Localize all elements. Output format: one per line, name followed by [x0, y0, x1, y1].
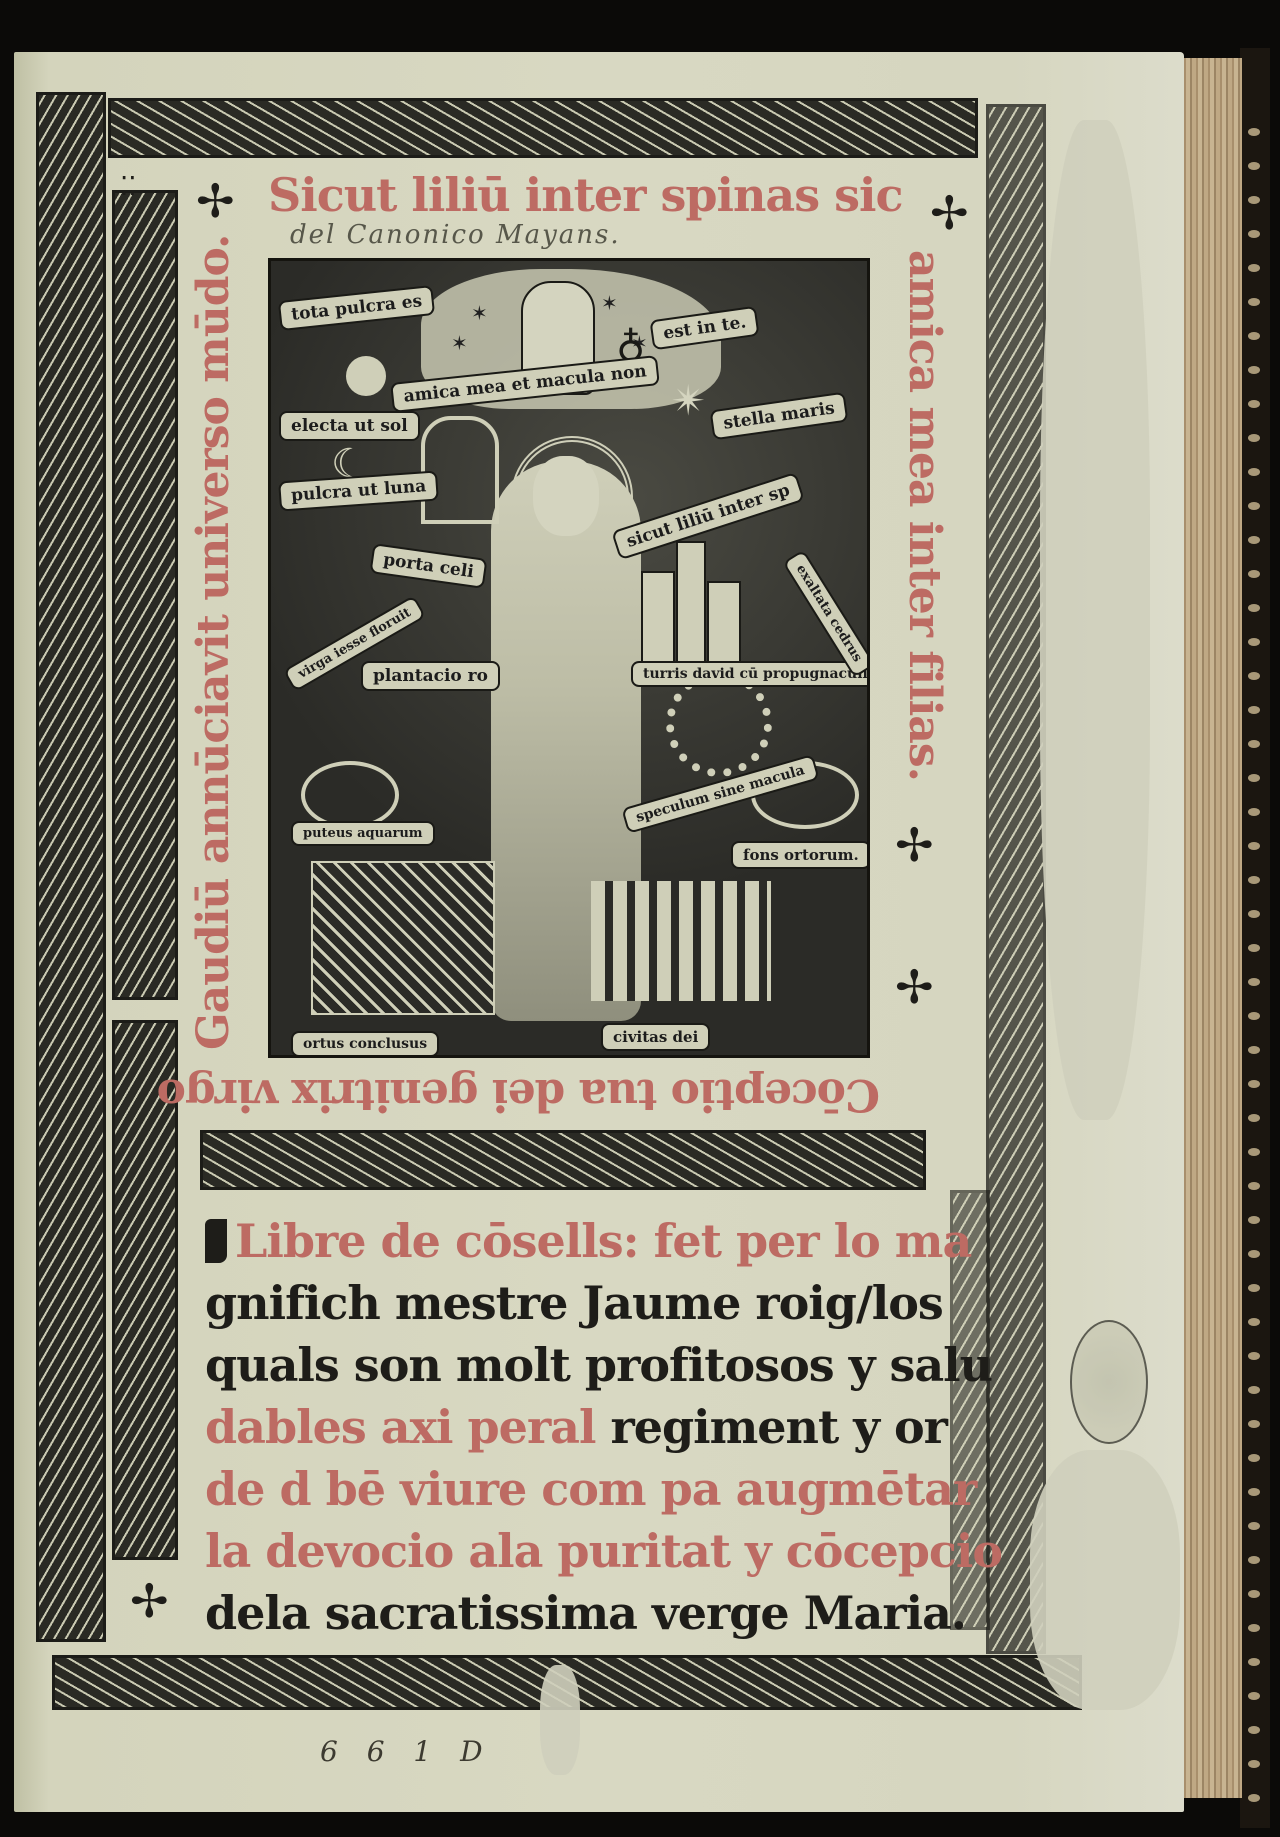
- binding-ornament-icon: [1248, 1658, 1260, 1666]
- banner: turris david cū propugnaculis: [631, 661, 870, 687]
- paper-damage: [540, 1665, 580, 1775]
- top-ornamental-border: [108, 98, 978, 158]
- pilcrow-initial-icon: [205, 1219, 227, 1263]
- banner: sicut liliū inter sp: [611, 472, 805, 561]
- binding-ornament-icon: [1248, 1726, 1260, 1734]
- binding-ornament-icon: [1248, 1624, 1260, 1632]
- binding-ornament-icon: [1248, 910, 1260, 918]
- woodcut-illustration: ✶ ✶ ✶ ✶ ♁ ✴ ☾ tota pulcra es amica mea e…: [268, 258, 870, 1058]
- binding-ornament-icon: [1248, 978, 1260, 986]
- binding-ornament-icon: [1248, 366, 1260, 374]
- binding-ornament-icon: [1248, 740, 1260, 748]
- library-stamp: [1070, 1320, 1148, 1444]
- binding-ornament-icon: [1248, 1488, 1260, 1496]
- colophon-line-5: de d bē viure com pa augmētar: [205, 1458, 955, 1520]
- binding-ornament-icon: [1248, 230, 1260, 238]
- banner: porta celi: [369, 543, 487, 589]
- cross-fleuron-icon: ✢: [930, 190, 969, 236]
- middle-ornamental-border: [200, 1130, 926, 1190]
- banner: tota pulcra es: [278, 285, 436, 331]
- cross-fleuron-icon: ✢: [895, 964, 934, 1010]
- handwritten-provenance-note: del Canonico Mayans.: [290, 220, 621, 250]
- left-inner-ornamental-border-upper: [112, 190, 178, 1000]
- binding-ornament-icon: [1248, 128, 1260, 136]
- right-ornamental-border: [986, 104, 1046, 1654]
- book-binding: [1240, 48, 1270, 1828]
- binding-ornament-icon: [1248, 1522, 1260, 1530]
- binding-ornament-icon: [1248, 706, 1260, 714]
- binding-ornament-icon: [1248, 570, 1260, 578]
- binding-ornament-icon: [1248, 502, 1260, 510]
- binding-ornament-icon: [1248, 1250, 1260, 1258]
- title-colophon: Libre de cōsells: fet per lo ma gnifich …: [205, 1210, 955, 1644]
- banner: stella maris: [710, 392, 849, 441]
- banner: puteus aquarum: [291, 821, 435, 846]
- binding-ornament-icon: [1248, 1148, 1260, 1156]
- banner: exaltata cedrus: [782, 549, 870, 677]
- binding-ornament-icon: [1248, 264, 1260, 272]
- cross-fleuron-icon: ✢: [130, 1578, 169, 1624]
- star-icon: ✶: [471, 301, 488, 325]
- banner: fons ortorum.: [731, 841, 870, 869]
- virgin-face: [533, 456, 599, 536]
- binding-ornament-icon: [1248, 774, 1260, 782]
- binding-ornament-icon: [1248, 298, 1260, 306]
- colophon-line-7: dela sacratissima verge Maria.: [205, 1582, 955, 1644]
- top-motto: Sicut liliū inter spinas sic: [268, 168, 903, 222]
- binding-ornament-icon: [1248, 1386, 1260, 1394]
- binding-ornament-icon: [1248, 400, 1260, 408]
- binding-ornament-icon: [1248, 1556, 1260, 1564]
- binding-ornament-icon: [1248, 672, 1260, 680]
- tower-of-david: [641, 571, 675, 665]
- binding-ornament-icon: [1248, 1182, 1260, 1190]
- binding-ornament-icon: [1248, 604, 1260, 612]
- paper-damage: [1040, 120, 1150, 1120]
- binding-ornament-icon: [1248, 638, 1260, 646]
- binding-ornament-icon: [1248, 808, 1260, 816]
- right-motto: amica mea inter filias.: [899, 250, 950, 781]
- binding-ornament-icon: [1248, 1080, 1260, 1088]
- banner: civitas dei: [601, 1023, 710, 1051]
- binding-ornament-icon: [1248, 1794, 1260, 1802]
- tower-of-david: [707, 581, 741, 665]
- sea-star-icon: ✴: [671, 376, 706, 425]
- binding-ornament-icon: [1248, 1590, 1260, 1598]
- binding-ornament-icon: [1248, 1284, 1260, 1292]
- sun-icon: [346, 356, 386, 396]
- binding-ornament-icon: [1248, 1760, 1260, 1768]
- page-fore-edge: [1180, 58, 1242, 1798]
- paper-damage: [1030, 1450, 1180, 1710]
- colophon-line-1: Libre de cōsells: fet per lo ma: [205, 1210, 955, 1272]
- bottom-motto-inverted: Cōceptio tua dei genitrix virgo: [158, 1069, 880, 1120]
- binding-ornament-icon: [1248, 1012, 1260, 1020]
- left-outer-ornamental-border: [36, 92, 106, 1642]
- cross-fleuron-icon: ✢: [196, 178, 235, 224]
- city-of-god: [591, 881, 771, 1001]
- enclosed-garden: [311, 861, 495, 1015]
- tower-of-david: [676, 541, 706, 665]
- star-icon: ✶: [601, 291, 618, 315]
- shelf-mark: 6 6 1 D: [320, 1735, 493, 1768]
- binding-ornament-icon: [1248, 1046, 1260, 1054]
- banner: ortus conclusus: [291, 1031, 439, 1057]
- binding-ornament-icon: [1248, 536, 1260, 544]
- well-of-waters: [301, 761, 399, 829]
- banner: plantacio ro: [361, 661, 500, 691]
- binding-ornament-icon: [1248, 1114, 1260, 1122]
- binding-ornament-icon: [1248, 196, 1260, 204]
- binding-ornament-icon: [1248, 162, 1260, 170]
- binding-ornament-icon: [1248, 876, 1260, 884]
- binding-ornament-icon: [1248, 1692, 1260, 1700]
- gate-of-heaven: [421, 416, 499, 524]
- left-motto: Gaudiū annūciavit universo mūdo.: [188, 240, 239, 1050]
- colophon-line-4: dables axi peral regiment y or: [205, 1396, 955, 1458]
- banner: electa ut sol: [279, 411, 420, 441]
- star-icon: ✶: [451, 331, 468, 355]
- binding-ornament-icon: [1248, 1216, 1260, 1224]
- binding-ornament-icon: [1248, 1318, 1260, 1326]
- binding-ornament-icon: [1248, 1454, 1260, 1462]
- binding-ornament-icon: [1248, 842, 1260, 850]
- binding-ornament-icon: [1248, 1420, 1260, 1428]
- colophon-line-6: la devocio ala puritat y cōcepcio: [205, 1520, 955, 1582]
- binding-ornament-icon: [1248, 332, 1260, 340]
- binding-ornament-icon: [1248, 944, 1260, 952]
- cross-fleuron-icon: ✢: [895, 822, 934, 868]
- binding-ornament-icon: [1248, 434, 1260, 442]
- banner: pulcra ut luna: [278, 470, 439, 511]
- colophon-line-3: quals son molt profitosos y salu: [205, 1334, 955, 1396]
- colophon-line-2: gnifich mestre Jaume roig/los: [205, 1272, 955, 1334]
- dot-ornament-icon: ⁚⁚: [120, 172, 137, 202]
- binding-ornament-icon: [1248, 468, 1260, 476]
- binding-ornament-icon: [1248, 1352, 1260, 1360]
